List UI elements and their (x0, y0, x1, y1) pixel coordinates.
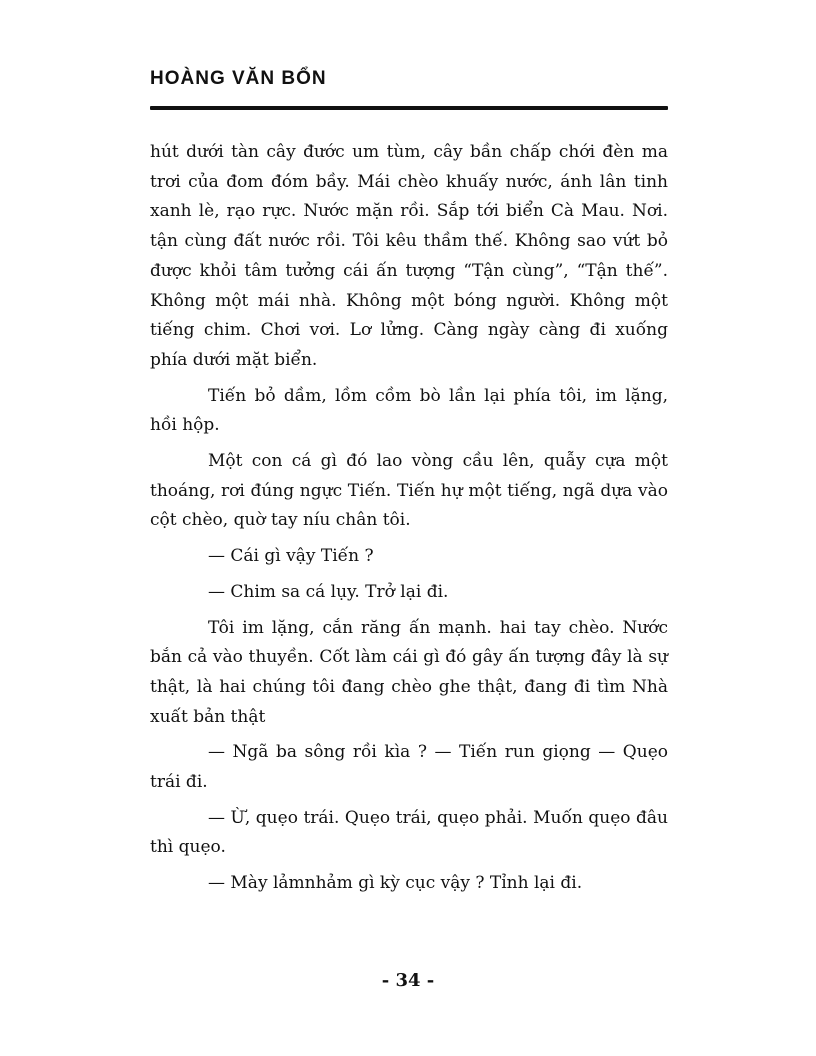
paragraph: Một con cá gì đó lao vòng cầu lên, quẫy … (150, 447, 668, 536)
dialogue-line: — Ừ, quẹo trái. Quẹo trái, quẹo phải. Mu… (150, 804, 668, 863)
dialogue-line: — Ngã ba sông rồi kìa ? — Tiến run giọng… (150, 738, 668, 797)
header-rule (150, 106, 668, 110)
dialogue-line: — Cái gì vậy Tiến ? (150, 542, 668, 572)
dialogue-line: — Chim sa cá lụy. Trở lại đi. (150, 578, 668, 608)
dialogue-line: — Mày lảmnhảm gì kỳ cục vậy ? Tỉnh lại đ… (150, 869, 668, 899)
running-header-author: HOÀNG VĂN BỔN (150, 68, 327, 90)
paragraph: Tiến bỏ dầm, lồm cồm bò lần lại phía tôi… (150, 382, 668, 441)
page-number: - 34 - (0, 970, 816, 991)
paragraph: Tôi im lặng, cắn răng ấn mạnh. hai tay c… (150, 614, 668, 733)
paragraph: hút dưới tàn cây đước um tùm, cây bần ch… (150, 138, 668, 376)
page-body: hút dưới tàn cây đước um tùm, cây bần ch… (150, 138, 668, 905)
